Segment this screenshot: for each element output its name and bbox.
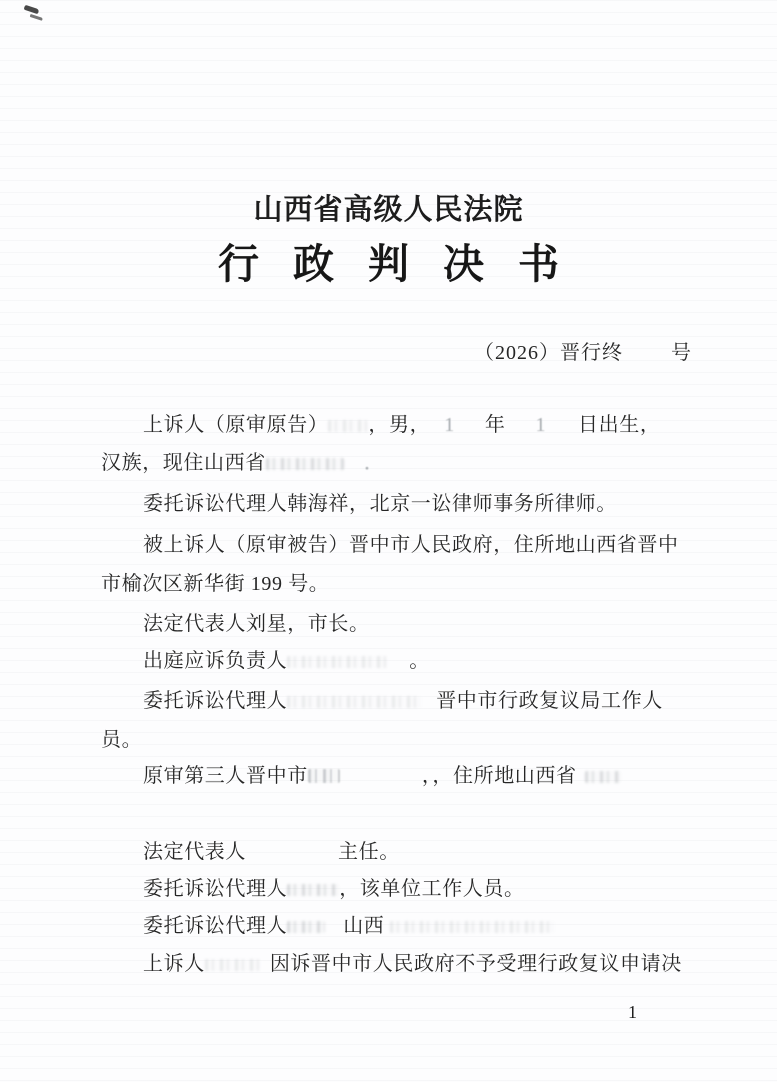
text-run: 法定代表人 <box>143 841 246 863</box>
blank-space <box>246 856 338 858</box>
body-line-third-party: 原审第三人晋中市，，住所地山西省 <box>101 763 777 790</box>
redaction-smudge <box>287 656 387 668</box>
text-run: 因诉晋中市人民政府不予受理行政复议申请决 <box>270 953 682 975</box>
page-number: 1 <box>628 1002 637 1023</box>
text-run: 委托诉讼代理人 <box>143 915 287 937</box>
case-number-blank <box>623 357 671 359</box>
text-run: 主任。 <box>338 841 400 863</box>
redaction-smudge <box>328 420 368 432</box>
scan-artifact-mark <box>24 5 40 14</box>
text-run: 上诉人（原审原告） <box>143 414 328 436</box>
text-run: 晋中市行政复议局工作人 <box>436 690 663 712</box>
text-run: 委托诉讼代理人 <box>143 690 287 712</box>
redaction-smudge <box>205 959 260 971</box>
text-run: 原审第三人晋中市 <box>143 765 308 787</box>
text-run: 日出生， <box>578 414 660 436</box>
blank-space <box>546 429 578 431</box>
text-run: 山西 <box>343 915 384 937</box>
blank-space <box>505 429 535 431</box>
blank-space <box>455 429 485 431</box>
document-title: 行政判决书 <box>0 242 777 287</box>
text-run: 出庭应诉负责人 <box>143 650 287 672</box>
blank-space <box>325 930 343 932</box>
body-line-agent-appellant: 委托诉讼代理人韩海祥，北京一讼律师事务所律师。 <box>101 491 777 518</box>
faint-remnant-digit: 1 <box>535 414 546 436</box>
judgment-document-page: 山西省高级人民法院 行政判决书 （2026）晋行终号 上诉人（原审原告），男，1… <box>0 0 777 1082</box>
text-run: 委托诉讼代理人韩海祥，北京一讼律师事务所律师。 <box>143 493 617 515</box>
text-run: 委托诉讼代理人 <box>143 878 287 900</box>
body-line-appellee-address: 市榆次区新华街 199 号。 <box>101 571 741 598</box>
body-line-agent-third-party-2: 委托诉讼代理人山西 <box>101 913 777 940</box>
case-number-prefix: （2026）晋行终 <box>474 342 623 364</box>
body-line-legal-rep-director: 法定代表人主任。 <box>101 839 777 866</box>
blank-space <box>340 780 422 782</box>
body-line-appellant: 上诉人（原审原告），男，1年1日出生， <box>101 412 777 439</box>
redaction-smudge <box>308 769 340 783</box>
case-number: （2026）晋行终号 <box>474 336 692 365</box>
text-run: 市榆次区新华街 199 号。 <box>101 573 329 595</box>
redaction-smudge <box>287 696 422 708</box>
text-run: ，男， <box>368 414 430 436</box>
blank-space <box>344 467 364 469</box>
body-line-continuation: 员。 <box>101 727 741 754</box>
blank-space <box>577 780 585 782</box>
body-line-case-summary: 上诉人因诉晋中市人民政府不予受理行政复议申请决 <box>101 951 777 978</box>
text-run: 上诉人 <box>143 953 205 975</box>
case-number-suffix: 号 <box>671 342 692 364</box>
body-line-legal-rep-mayor: 法定代表人刘星，市长。 <box>101 611 777 638</box>
body-line-agent-third-party: 委托诉讼代理人，该单位工作人员。 <box>101 876 777 903</box>
text-run: 员。 <box>101 729 142 751</box>
text-run: ，，住所地山西省 <box>422 765 577 787</box>
text-run: ，该单位工作人员。 <box>339 878 524 900</box>
text-run: 汉族，现住山西省 <box>101 452 266 474</box>
blank-space <box>387 665 409 667</box>
text-run: 被上诉人（原审被告）晋中市人民政府，住所地山西省晋中 <box>143 534 679 556</box>
court-name: 山西省高级人民法院 <box>0 194 777 227</box>
body-line-residence: 汉族，现住山西省． <box>101 450 741 477</box>
text-run: 法定代表人刘星，市长。 <box>143 613 370 635</box>
redaction-smudge <box>585 771 621 783</box>
redaction-smudge <box>287 921 325 933</box>
text-run: 。 <box>409 650 430 672</box>
body-line-court-attendee: 出庭应诉负责人。 <box>101 648 777 675</box>
faint-remnant-digit: 1 <box>444 414 455 436</box>
redaction-smudge <box>287 884 339 896</box>
blank-space <box>422 705 436 707</box>
redaction-smudge <box>390 921 555 933</box>
body-line-appellee: 被上诉人（原审被告）晋中市人民政府，住所地山西省晋中 <box>101 532 777 559</box>
text-run: 年 <box>485 414 506 436</box>
faint-remnant-period: ． <box>364 452 385 474</box>
blank-space <box>430 429 444 431</box>
redaction-smudge <box>266 458 344 470</box>
blank-space <box>260 968 270 970</box>
body-line-agent-appellee: 委托诉讼代理人晋中市行政复议局工作人 <box>101 688 777 715</box>
